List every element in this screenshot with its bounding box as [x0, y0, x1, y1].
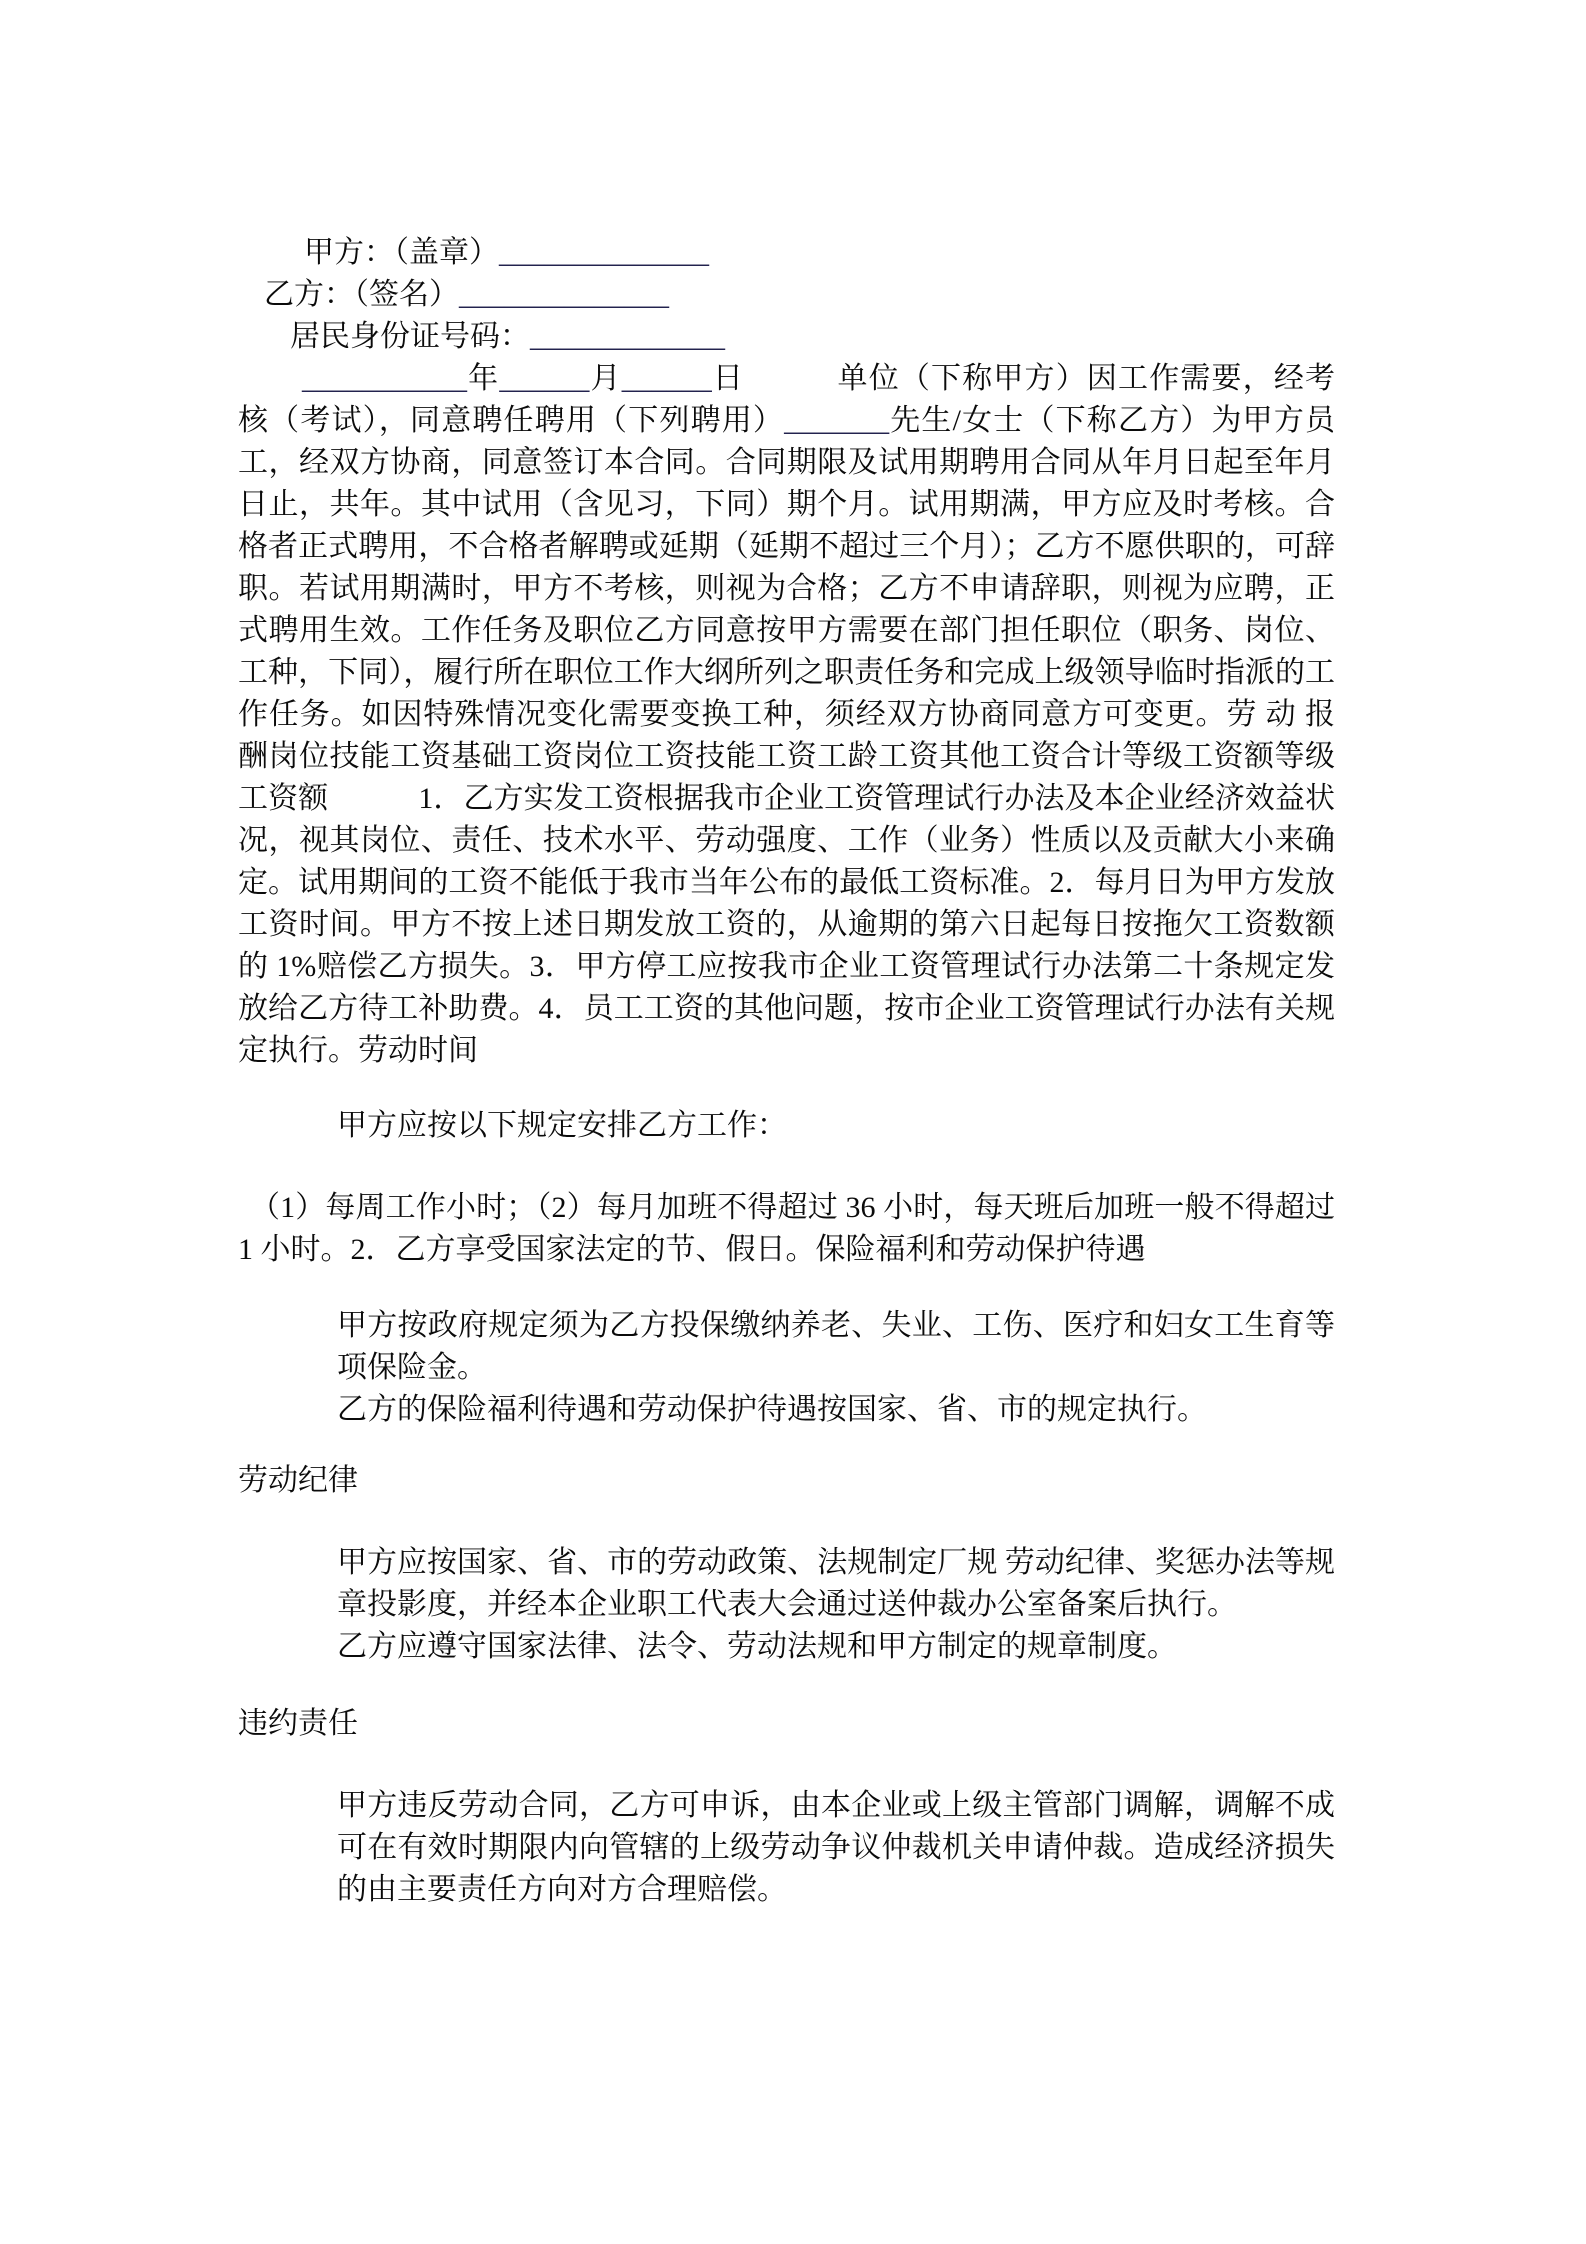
- breach-list: 甲方违反劳动合同，乙方可申诉，由本企业或上级主管部门调解，调解不成可在有效时期限…: [238, 1785, 1335, 1911]
- employee-name-blank: _______: [784, 404, 889, 437]
- insurance-item: 乙方的保险福利待遇和劳动保护待遇按国家、省、市的规定执行。: [238, 1389, 1335, 1431]
- bullet-col: [293, 1626, 337, 1668]
- discipline-item: 甲方应按国家、省、市的劳动政策、法规制定厂规 劳动纪律、奖惩办法等规章投影度，并…: [238, 1542, 1335, 1626]
- discipline-list: 甲方应按国家、省、市的劳动政策、法规制定厂规 劳动纪律、奖惩办法等规章投影度，并…: [238, 1542, 1335, 1668]
- bullet-col: [293, 1105, 337, 1147]
- insurance-list: 甲方按政府规定须为乙方投保缴纳养老、失业、工伤、医疗和妇女工生育等项保险金。 乙…: [238, 1305, 1335, 1431]
- party-a-label: 甲方：（盖章）: [304, 236, 499, 269]
- month-label: 月: [589, 362, 621, 395]
- insurance-item-text: 甲方按政府规定须为乙方投保缴纳养老、失业、工伤、医疗和妇女工生育等项保险金。: [337, 1305, 1335, 1389]
- discipline-heading: 劳动纪律: [238, 1460, 1335, 1502]
- date-day-blank: ______: [622, 362, 712, 395]
- date-month-blank: ______: [499, 362, 589, 395]
- party-b-label: 乙方：（签名）: [264, 278, 459, 311]
- work-arrangement-text: 甲方应按以下规定安排乙方工作：: [337, 1105, 1335, 1147]
- bullet-col: [293, 1542, 337, 1626]
- bullet-col: [293, 1389, 337, 1431]
- year-label: 年: [467, 362, 499, 395]
- id-number-line: 居民身份证号码：_____________: [238, 316, 1335, 358]
- insurance-item: 甲方按政府规定须为乙方投保缴纳养老、失业、工伤、医疗和妇女工生育等项保险金。: [238, 1305, 1335, 1389]
- bullet-col: [293, 1305, 337, 1389]
- party-b-blank: ______________: [459, 278, 669, 311]
- insurance-item-text: 乙方的保险福利待遇和劳动保护待遇按国家、省、市的规定执行。: [337, 1389, 1335, 1431]
- breach-heading: 违约责任: [238, 1703, 1335, 1745]
- breach-item-text: 甲方违反劳动合同，乙方可申诉，由本企业或上级主管部门调解，调解不成可在有效时期限…: [337, 1785, 1335, 1911]
- bullet-col: [293, 1785, 337, 1911]
- body-main-text: 先生/女士（下称乙方）为甲方员工，经双方协商，同意签订本合同。合同期限及试用期聘…: [238, 404, 1335, 1067]
- date-year-blank: ___________: [302, 362, 467, 395]
- date-gap: [744, 362, 838, 395]
- overtime-paragraph: （1）每周工作小时；（2）每月加班不得超过 36 小时，每天班后加班一般不得超过…: [238, 1187, 1335, 1271]
- contract-body-paragraph: ___________年______月______日 单位（下称甲方）因工作需要…: [238, 358, 1335, 1072]
- day-label: 日: [712, 362, 744, 395]
- party-a-blank: ______________: [499, 236, 709, 269]
- breach-item: 甲方违反劳动合同，乙方可申诉，由本企业或上级主管部门调解，调解不成可在有效时期限…: [238, 1785, 1335, 1911]
- discipline-item-text: 乙方应遵守国家法律、法令、劳动法规和甲方制定的规章制度。: [337, 1626, 1335, 1668]
- work-arrangement-item: 甲方应按以下规定安排乙方工作：: [238, 1105, 1335, 1147]
- discipline-item: 乙方应遵守国家法律、法令、劳动法规和甲方制定的规章制度。: [238, 1626, 1335, 1668]
- party-b-signature-line: 乙方：（签名）______________: [238, 274, 1335, 316]
- id-number-label: 居民身份证号码：: [290, 320, 530, 353]
- discipline-item-text: 甲方应按国家、省、市的劳动政策、法规制定厂规 劳动纪律、奖惩办法等规章投影度，并…: [337, 1542, 1335, 1626]
- id-number-blank: _____________: [530, 320, 725, 353]
- contract-document-page: 甲方：（盖章）______________ 乙方：（签名）___________…: [0, 0, 1586, 2244]
- party-a-signature-line: 甲方：（盖章）______________: [238, 232, 1335, 274]
